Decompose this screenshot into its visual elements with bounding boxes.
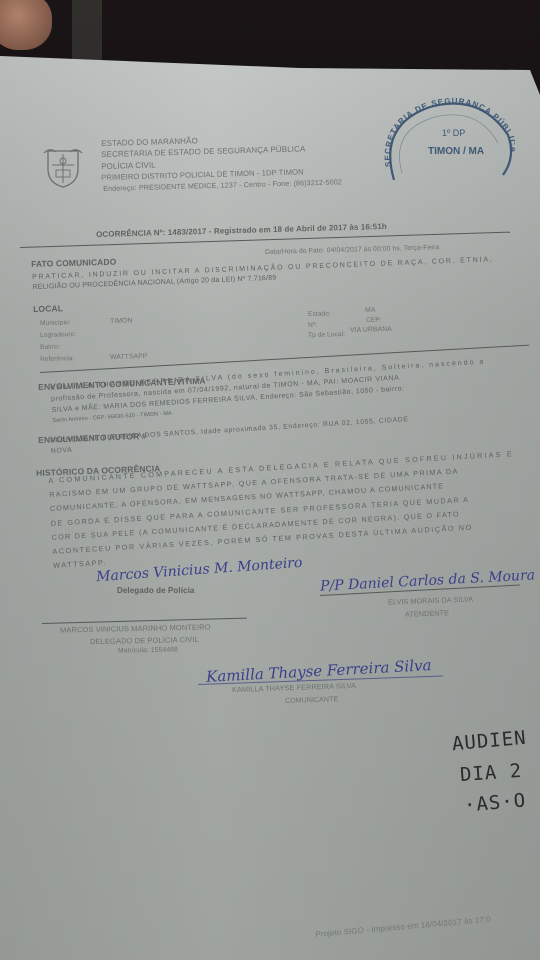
handwritten-note-line: AUDIEN (451, 727, 527, 755)
local-tipo-value: VIA URBANA (350, 326, 392, 334)
atendente-role: ATENDENTE (405, 608, 449, 619)
state-coat-of-arms-icon (42, 145, 84, 189)
stamp-ring-icon: SECRETARIA DE SEGURANÇA PÚBLICA (380, 95, 515, 195)
local-numero-label: Nº: (308, 322, 317, 329)
comunicante-role: COMUNICANTE (285, 696, 338, 705)
local-heading: LOCAL (33, 303, 63, 314)
delegado-name: MARCOS VINICIUS MARINHO MONTEIRO (60, 622, 211, 634)
local-tipo-label: Tp de Local: (308, 331, 345, 339)
atendente-signature: P/P Daniel Carlos da S. Moura (320, 567, 536, 594)
local-estado-value: MA (365, 307, 376, 314)
delegado-matricula: Matrícula: 1554468 (118, 646, 178, 654)
delegado-role: DELEGADO DE POLÍCIA CIVIL (90, 635, 199, 646)
fact-date: Data/Hora do Fato: 04/04/2017 às 00:00 h… (265, 244, 439, 256)
header-civil-police: POLÍCIA CIVIL (101, 160, 156, 171)
atendente-name: ELVIS MORAIS DA SILVA (388, 595, 473, 607)
header-state: ESTADO DO MARANHÃO (101, 136, 198, 148)
delegado-stamp-title: Delegado de Polícia (117, 586, 194, 595)
local-cep-label: CEP: (366, 317, 382, 324)
local-referencia-value: WATTSAPP (110, 353, 148, 361)
local-estado-label: Estado: (308, 310, 331, 318)
local-logradouro-label: Logradouro: (40, 331, 76, 339)
stamp-line1: 1º DP (442, 128, 465, 138)
local-referencia-label: Referência: (40, 355, 75, 363)
local-municipio-label: Município: (40, 319, 71, 327)
local-bairro-label: Bairro: (40, 343, 60, 351)
handwritten-note-line: DIA 2 (459, 760, 523, 786)
fato-heading: FATO COMUNICADO (31, 257, 116, 269)
police-station-stamp: SECRETARIA DE SEGURANÇA PÚBLICA 1º DP TI… (380, 95, 515, 195)
local-municipio-value: TIMON (110, 317, 133, 325)
print-footer: Projeto SIGO - Impresso em 18/04/2017 às… (315, 915, 491, 939)
document: ESTADO DO MARANHÃO SECRETARIA DE ESTADO … (0, 0, 540, 960)
stamp-line2: TIMON / MA (428, 146, 484, 157)
handwritten-note-line: ·AS·O (463, 789, 527, 816)
